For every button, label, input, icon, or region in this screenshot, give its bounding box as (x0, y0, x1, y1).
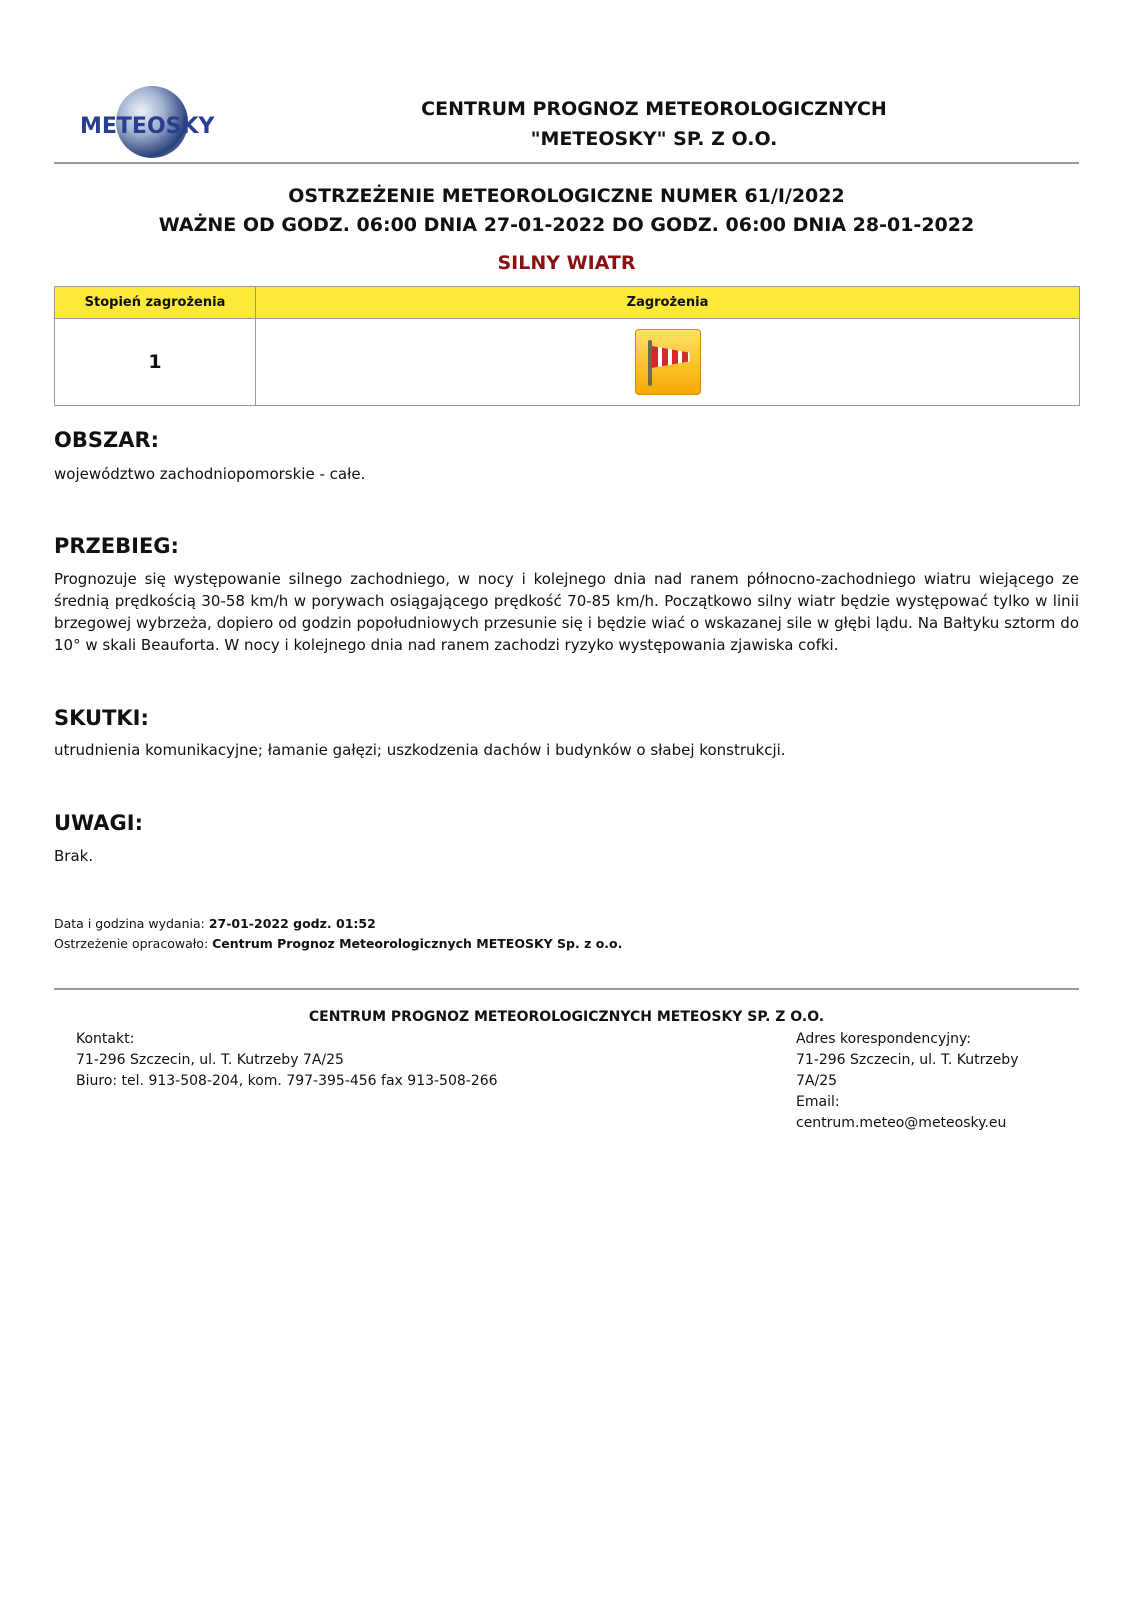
organization-title: CENTRUM PROGNOZ METEOROLOGICZNYCH "METEO… (254, 94, 1054, 154)
uwagi-text: Brak. (54, 845, 1079, 867)
corr-address-1: 71-296 Szczecin, ul. T. Kutrzeby (796, 1050, 1036, 1071)
logo-text: METEOSKY (80, 114, 214, 139)
warning-validity: WAŻNE OD GODZ. 06:00 DNIA 27-01-2022 DO … (54, 211, 1079, 240)
windsock-icon (635, 329, 701, 395)
hazards-cell (256, 319, 1080, 406)
corr-label: Adres korespondencyjny: (796, 1029, 1036, 1050)
warning-title: OSTRZEŻENIE METEOROLOGICZNE NUMER 61/I/2… (54, 182, 1079, 240)
contact-phones: Biuro: tel. 913-508-204, kom. 797-395-45… (76, 1071, 498, 1092)
org-line2: "METEOSKY" SP. Z O.O. (254, 124, 1054, 154)
footer-divider (54, 988, 1079, 990)
risk-table: Stopień zagrożenia Zagrożenia 1 (54, 286, 1080, 406)
risk-level-value: 1 (55, 319, 256, 406)
email-label: Email: (796, 1092, 1036, 1113)
author-label: Ostrzeżenie opracowało: (54, 936, 212, 951)
przebieg-text: Prognozuje się występowanie silnego zach… (54, 568, 1079, 656)
contact-label: Kontakt: (76, 1029, 498, 1050)
warning-number: OSTRZEŻENIE METEOROLOGICZNE NUMER 61/I/2… (54, 182, 1079, 211)
footer-correspondence: Adres korespondencyjny: 71-296 Szczecin,… (796, 1029, 1036, 1134)
corr-address-2: 7A/25 (796, 1071, 1036, 1092)
footer-title: CENTRUM PROGNOZ METEOROLOGICZNYCH METEOS… (54, 1009, 1079, 1025)
skutki-heading: SKUTKI: (54, 706, 149, 730)
email-link[interactable]: centrum.meteo@meteosky.eu (796, 1113, 1036, 1134)
risk-level-header: Stopień zagrożenia (55, 287, 256, 319)
issue-meta: Data i godzina wydania: 27-01-2022 godz.… (54, 914, 622, 954)
meteosky-logo: METEOSKY (80, 82, 230, 162)
przebieg-heading: PRZEBIEG: (54, 534, 179, 558)
phenomenon-title: SILNY WIATR (54, 252, 1079, 274)
issued-label: Data i godzina wydania: (54, 916, 209, 931)
author-value: Centrum Prognoz Meteorologicznych METEOS… (212, 936, 622, 951)
contact-address: 71-296 Szczecin, ul. T. Kutrzeby 7A/25 (76, 1050, 498, 1071)
skutki-text: utrudnienia komunikacyjne; łamanie gałęz… (54, 739, 1079, 761)
issued-value: 27-01-2022 godz. 01:52 (209, 916, 376, 931)
hazards-header: Zagrożenia (256, 287, 1080, 319)
obszar-text: województwo zachodniopomorskie - całe. (54, 463, 1079, 485)
obszar-heading: OBSZAR: (54, 428, 159, 452)
uwagi-heading: UWAGI: (54, 811, 143, 835)
footer-contact: Kontakt: 71-296 Szczecin, ul. T. Kutrzeb… (76, 1029, 498, 1092)
org-line1: CENTRUM PROGNOZ METEOROLOGICZNYCH (254, 94, 1054, 124)
divider (54, 162, 1079, 164)
